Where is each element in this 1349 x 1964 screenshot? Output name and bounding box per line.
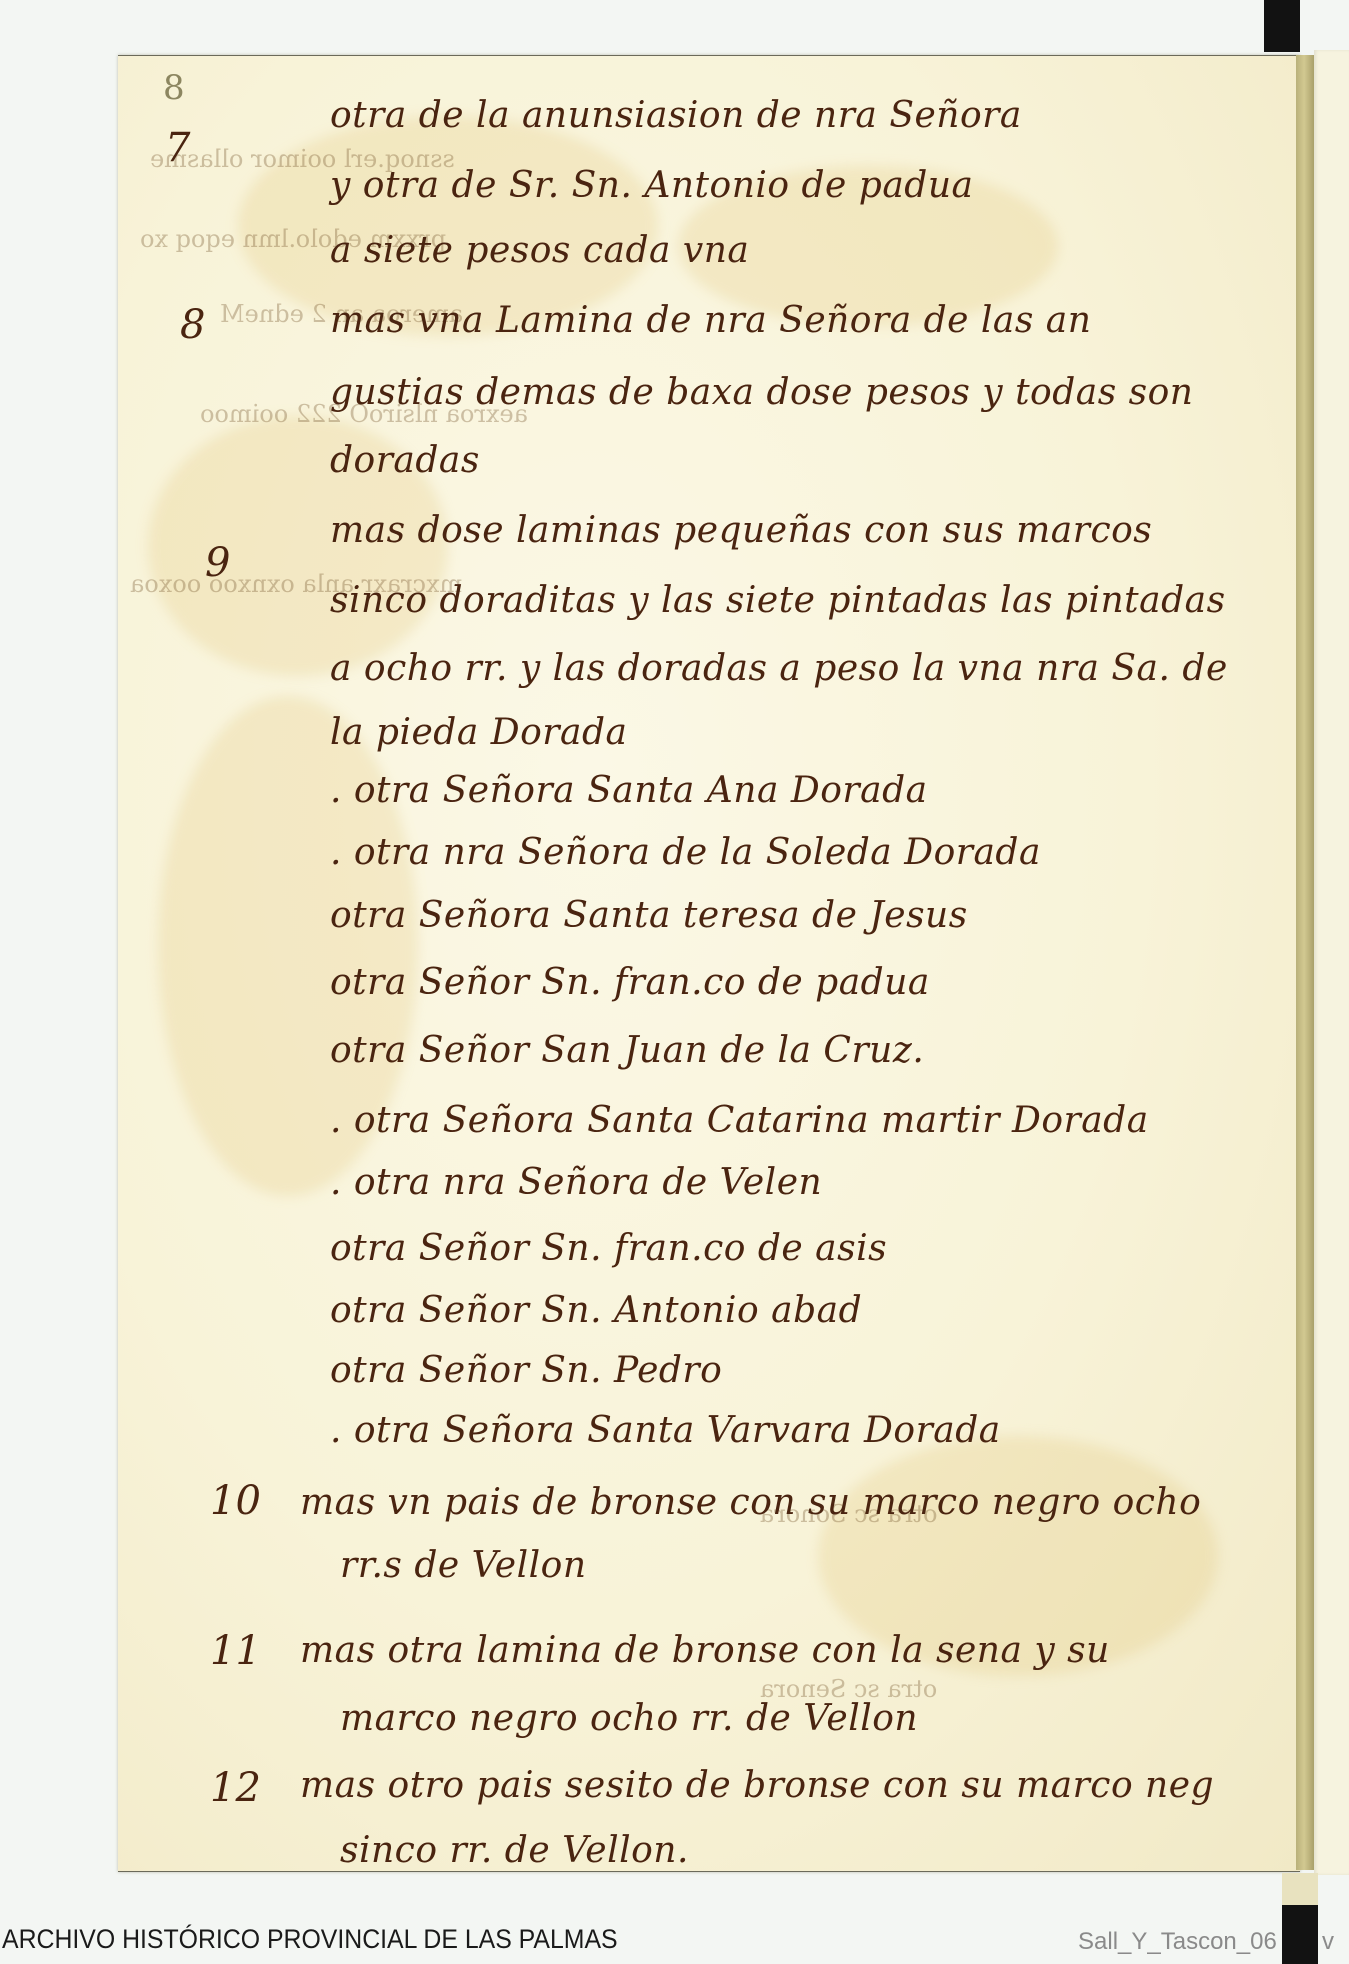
- binding-tab-top: [1264, 0, 1300, 52]
- entry-line: mas vna Lamina de nra Señora de las an: [330, 300, 1091, 341]
- item-number: 8: [180, 302, 205, 348]
- binding-tab-bottom: [1282, 1905, 1318, 1964]
- entry-line: mas vn pais de bronse con su marco negro…: [300, 1482, 1201, 1523]
- entry-line: mas otro pais sesito de bronse con su ma…: [300, 1765, 1214, 1806]
- item-number: 9: [205, 540, 230, 586]
- image-reference: Sall_Y_Tascon_06: [1078, 1928, 1277, 1956]
- binding-gutter: [1296, 55, 1314, 1870]
- entry-line: mas dose laminas pequeñas con sus marcos: [330, 510, 1152, 551]
- item-number: 12: [210, 1765, 261, 1811]
- entry-line: marco negro ocho rr. de Vellon: [340, 1698, 918, 1739]
- entry-line: sinco rr. de Vellon.: [340, 1830, 689, 1871]
- entry-line: sinco doraditas y las siete pintadas las…: [330, 580, 1226, 621]
- folio-number: 8: [163, 68, 185, 108]
- entry-line: . otra nra Señora de Velen: [330, 1162, 822, 1203]
- archive-name: ARCHIVO HISTÓRICO PROVINCIAL DE LAS PALM…: [2, 1924, 618, 1955]
- entry-line: otra Señor Sn. fran.co de asis: [330, 1228, 887, 1269]
- entry-line: . otra nra Señora de la Soleda Dorada: [330, 832, 1041, 873]
- entry-line: otra Señor San Juan de la Cruz.: [330, 1030, 924, 1071]
- entry-line: . otra Señora Santa Catarina martir Dora…: [330, 1100, 1149, 1141]
- image-reference-suffix: v: [1322, 1928, 1334, 1956]
- item-number: 7: [165, 125, 190, 171]
- entry-line: y otra de Sr. Sn. Antonio de padua: [330, 165, 974, 206]
- entry-line: otra Señor Sn. Antonio abad: [330, 1290, 862, 1331]
- item-number: 11: [210, 1628, 261, 1674]
- entry-line: la pieda Dorada: [330, 712, 627, 753]
- entry-line: rr.s de Vellon: [340, 1545, 587, 1586]
- item-number: 10: [210, 1478, 261, 1524]
- binding-tab-paper: [1282, 1873, 1318, 1907]
- entry-line: . otra Señora Santa Varvara Dorada: [330, 1410, 1001, 1451]
- entry-line: otra Señor Sn. fran.co de padua: [330, 962, 930, 1003]
- entry-line: mas otra lamina de bronse con la sena y …: [300, 1630, 1110, 1671]
- entry-line: doradas: [330, 440, 480, 481]
- entry-line: a ocho rr. y las doradas a peso la vna n…: [330, 648, 1228, 689]
- entry-line: . otra Señora Santa Ana Dorada: [330, 770, 928, 811]
- adjacent-page-edge: [1314, 50, 1349, 1875]
- entry-line: otra de la anunsiasion de nra Señora: [330, 95, 1022, 136]
- entry-line: gustias demas de baxa dose pesos y todas…: [330, 372, 1193, 413]
- entry-line: otra Señora Santa teresa de Jesus: [330, 895, 968, 936]
- entry-line: a siete pesos cada vna: [330, 230, 749, 271]
- entry-line: otra Señor Sn. Pedro: [330, 1350, 722, 1391]
